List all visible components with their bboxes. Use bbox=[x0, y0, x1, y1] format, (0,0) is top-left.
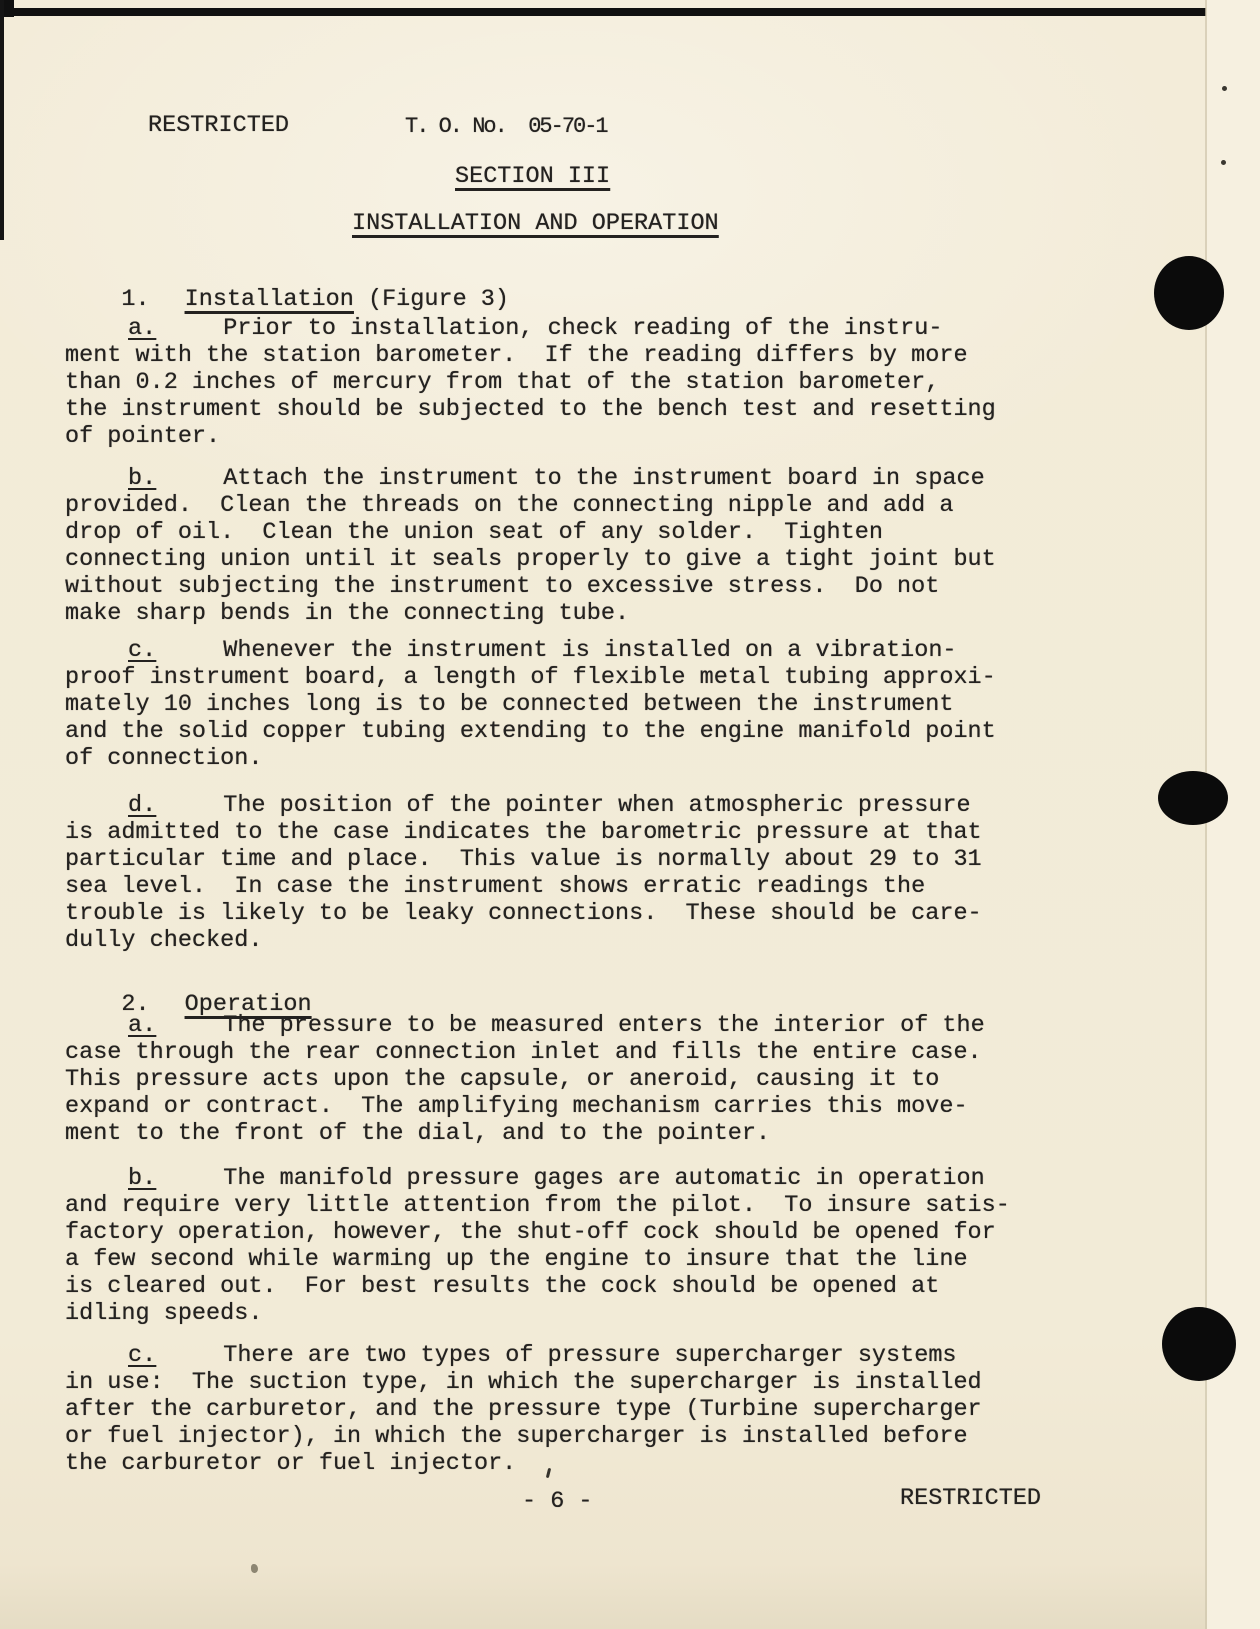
header-technical-order-number: T. O. No. 05-70-1 bbox=[405, 113, 607, 140]
text-line: proof instrument board, a length of flex… bbox=[65, 664, 996, 691]
scan-top-edge-bar bbox=[0, 8, 1206, 16]
text-line: and require very little attention from t… bbox=[65, 1192, 1010, 1219]
text-line: c.Whenever the instrument is installed o… bbox=[65, 637, 996, 664]
text-line: a.The pressure to be measured enters the… bbox=[65, 1012, 985, 1039]
section-title: SECTION III bbox=[455, 163, 610, 190]
text-line: sea level. In case the instrument shows … bbox=[65, 873, 982, 900]
hole-punch-dot-middle bbox=[1158, 771, 1228, 825]
text-line: b.Attach the instrument to the instrumen… bbox=[65, 465, 996, 492]
heading-suffix: (Figure 3) bbox=[354, 286, 509, 313]
text-line-first: Prior to installation, check reading of … bbox=[223, 315, 942, 342]
text-line: factory operation, however, the shut-off… bbox=[65, 1219, 1010, 1246]
paragraph-letter-label: d. bbox=[128, 792, 156, 819]
text-line: of connection. bbox=[65, 745, 996, 772]
text-line: ment with the station barometer. If the … bbox=[65, 342, 996, 369]
text-line: and the solid copper tubing extending to… bbox=[65, 718, 996, 745]
footer-classification: RESTRICTED bbox=[900, 1485, 1041, 1512]
text-line: expand or contract. The amplifying mecha… bbox=[65, 1093, 985, 1120]
paragraph-letter-label: a. bbox=[128, 1012, 156, 1039]
text-line: the carburetor or fuel injector. bbox=[65, 1450, 982, 1477]
text-line: dully checked. bbox=[65, 927, 982, 954]
paragraph-1c: c.Whenever the instrument is installed o… bbox=[65, 637, 996, 772]
paragraph-1a: a.Prior to installation, check reading o… bbox=[65, 315, 996, 450]
text-line: of pointer. bbox=[65, 423, 996, 450]
text-line: a.Prior to installation, check reading o… bbox=[65, 315, 996, 342]
paragraph-2a: a.The pressure to be measured enters the… bbox=[65, 1012, 985, 1147]
text-line: trouble is likely to be leaky connection… bbox=[65, 900, 982, 927]
text-line: particular time and place. This value is… bbox=[65, 846, 982, 873]
paragraph-letter-label: c. bbox=[128, 637, 156, 664]
text-line: the instrument should be subjected to th… bbox=[65, 396, 996, 423]
text-line: connecting union until it seals properly… bbox=[65, 546, 996, 573]
text-line: in use: The suction type, in which the s… bbox=[65, 1369, 982, 1396]
paragraph-letter-label: a. bbox=[128, 315, 156, 342]
heading-title: Installation bbox=[185, 286, 354, 313]
section-subtitle: INSTALLATION AND OPERATION bbox=[352, 210, 719, 237]
text-line: This pressure acts upon the capsule, or … bbox=[65, 1066, 985, 1093]
paragraph-1d: d.The position of the pointer when atmos… bbox=[65, 792, 982, 954]
hole-punch-dot-top bbox=[1154, 256, 1224, 330]
text-line: provided. Clean the threads on the conne… bbox=[65, 492, 996, 519]
paragraph-letter-label: b. bbox=[128, 465, 156, 492]
heading-number: 1. bbox=[121, 286, 149, 313]
text-line-first: The manifold pressure gages are automati… bbox=[223, 1165, 985, 1192]
text-line-first: Attach the instrument to the instrument … bbox=[223, 465, 985, 492]
text-line: a few second while warming up the engine… bbox=[65, 1246, 1010, 1273]
hole-punch-dot-bottom bbox=[1162, 1307, 1236, 1381]
text-line: or fuel injector), in which the supercha… bbox=[65, 1423, 982, 1450]
text-line: idling speeds. bbox=[65, 1300, 1010, 1327]
text-line-first: The pressure to be measured enters the i… bbox=[223, 1012, 985, 1039]
paragraph-2c: c.There are two types of pressure superc… bbox=[65, 1342, 982, 1477]
text-line: d.The position of the pointer when atmos… bbox=[65, 792, 982, 819]
scan-left-edge-strip bbox=[0, 0, 4, 240]
ink-speck bbox=[251, 1564, 258, 1573]
text-line: drop of oil. Clean the union seat of any… bbox=[65, 519, 996, 546]
header-classification: RESTRICTED bbox=[148, 112, 289, 139]
text-line-first: Whenever the instrument is installed on … bbox=[223, 637, 956, 664]
text-line: than 0.2 inches of mercury from that of … bbox=[65, 369, 996, 396]
scanned-document-page: RESTRICTED T. O. No. 05-70-1 SECTION III… bbox=[0, 0, 1260, 1629]
text-line-first: There are two types of pressure supercha… bbox=[223, 1342, 956, 1369]
text-line: ment to the front of the dial, and to th… bbox=[65, 1120, 985, 1147]
ink-speck bbox=[1221, 160, 1226, 165]
text-line: c.There are two types of pressure superc… bbox=[65, 1342, 982, 1369]
text-line: b.The manifold pressure gages are automa… bbox=[65, 1165, 1010, 1192]
text-line: is cleared out. For best results the coc… bbox=[65, 1273, 1010, 1300]
text-line: case through the rear connection inlet a… bbox=[65, 1039, 985, 1066]
paragraph-1b: b.Attach the instrument to the instrumen… bbox=[65, 465, 996, 627]
text-line: make sharp bends in the connecting tube. bbox=[65, 600, 996, 627]
text-line: mately 10 inches long is to be connected… bbox=[65, 691, 996, 718]
paragraph-letter-label: b. bbox=[128, 1165, 156, 1192]
text-line: after the carburetor, and the pressure t… bbox=[65, 1396, 982, 1423]
page-number: - 6 - bbox=[522, 1488, 593, 1515]
paragraph-2b: b.The manifold pressure gages are automa… bbox=[65, 1165, 1010, 1327]
ink-speck bbox=[1222, 86, 1227, 91]
text-line: is admitted to the case indicates the ba… bbox=[65, 819, 982, 846]
text-line-first: The position of the pointer when atmosph… bbox=[223, 792, 970, 819]
text-line: without subjecting the instrument to exc… bbox=[65, 573, 996, 600]
paragraph-letter-label: c. bbox=[128, 1342, 156, 1369]
